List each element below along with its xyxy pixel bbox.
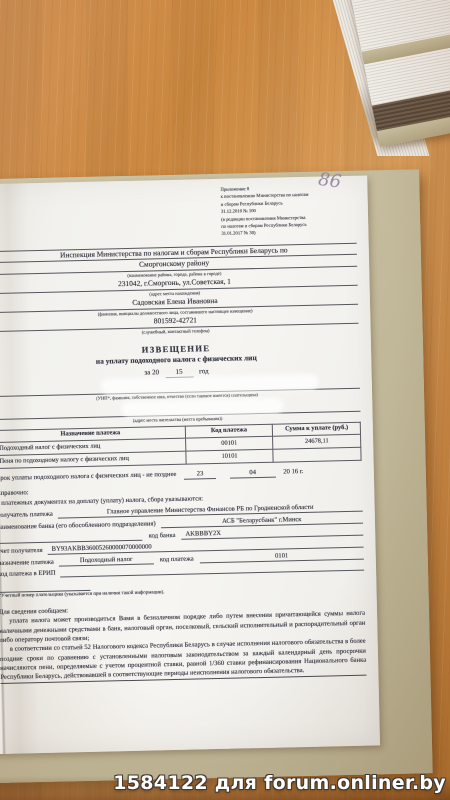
deadline-label: Срок уплаты подоходного налога с физичес… [0, 471, 176, 482]
cell-code: 10101 [186, 449, 274, 464]
purpose-label: назначение платежа [0, 557, 59, 568]
deadline-month: 04 [230, 467, 276, 479]
purpose-value: Подоходный налог [59, 554, 154, 567]
redaction-blob [104, 377, 316, 392]
forum-watermark: 1584122 для forum.onliner.by [113, 772, 446, 794]
notice-page: 86 Приложение 8 к постановлению Министер… [0, 175, 380, 754]
account-label: счет получателя [0, 546, 48, 557]
redaction-blob [124, 400, 280, 414]
pay-code-label: код платежа [154, 554, 200, 565]
year-prefix: за 20 [144, 369, 159, 377]
year-suffix: год [199, 367, 209, 375]
document: 86 Приложение 8 к постановлению Министер… [0, 175, 380, 754]
deadline-year: 20 16 г. [283, 468, 303, 475]
info-block: Для сведения сообщаем: уплата налога мож… [0, 600, 366, 685]
payment-table: Назначение платежа Код платежа Сумма к у… [0, 422, 362, 469]
recipient-label: получатель платежа [0, 509, 58, 520]
photo-scene: 86 Приложение 8 к постановлению Министер… [0, 0, 450, 800]
annex-note: Приложение 8 к постановлению Министерств… [220, 184, 339, 239]
bank-code-label: код банка [143, 531, 182, 541]
deadline-day: 23 [184, 469, 216, 480]
paper-stack [300, 0, 450, 147]
cell-amount [273, 447, 361, 462]
tax-year-value: 15 [165, 367, 193, 379]
notice-content: Приложение 8 к постановлению Министерств… [0, 175, 378, 684]
cell-purpose: Пеня по подоходному налогу с физических … [0, 451, 186, 468]
footnote: *Учетный номер плательщика (указывается … [0, 585, 365, 601]
erip-label: код платежа в ЕРИП [0, 568, 61, 579]
annex-line: 31.01.2017 № 30) [221, 229, 339, 239]
